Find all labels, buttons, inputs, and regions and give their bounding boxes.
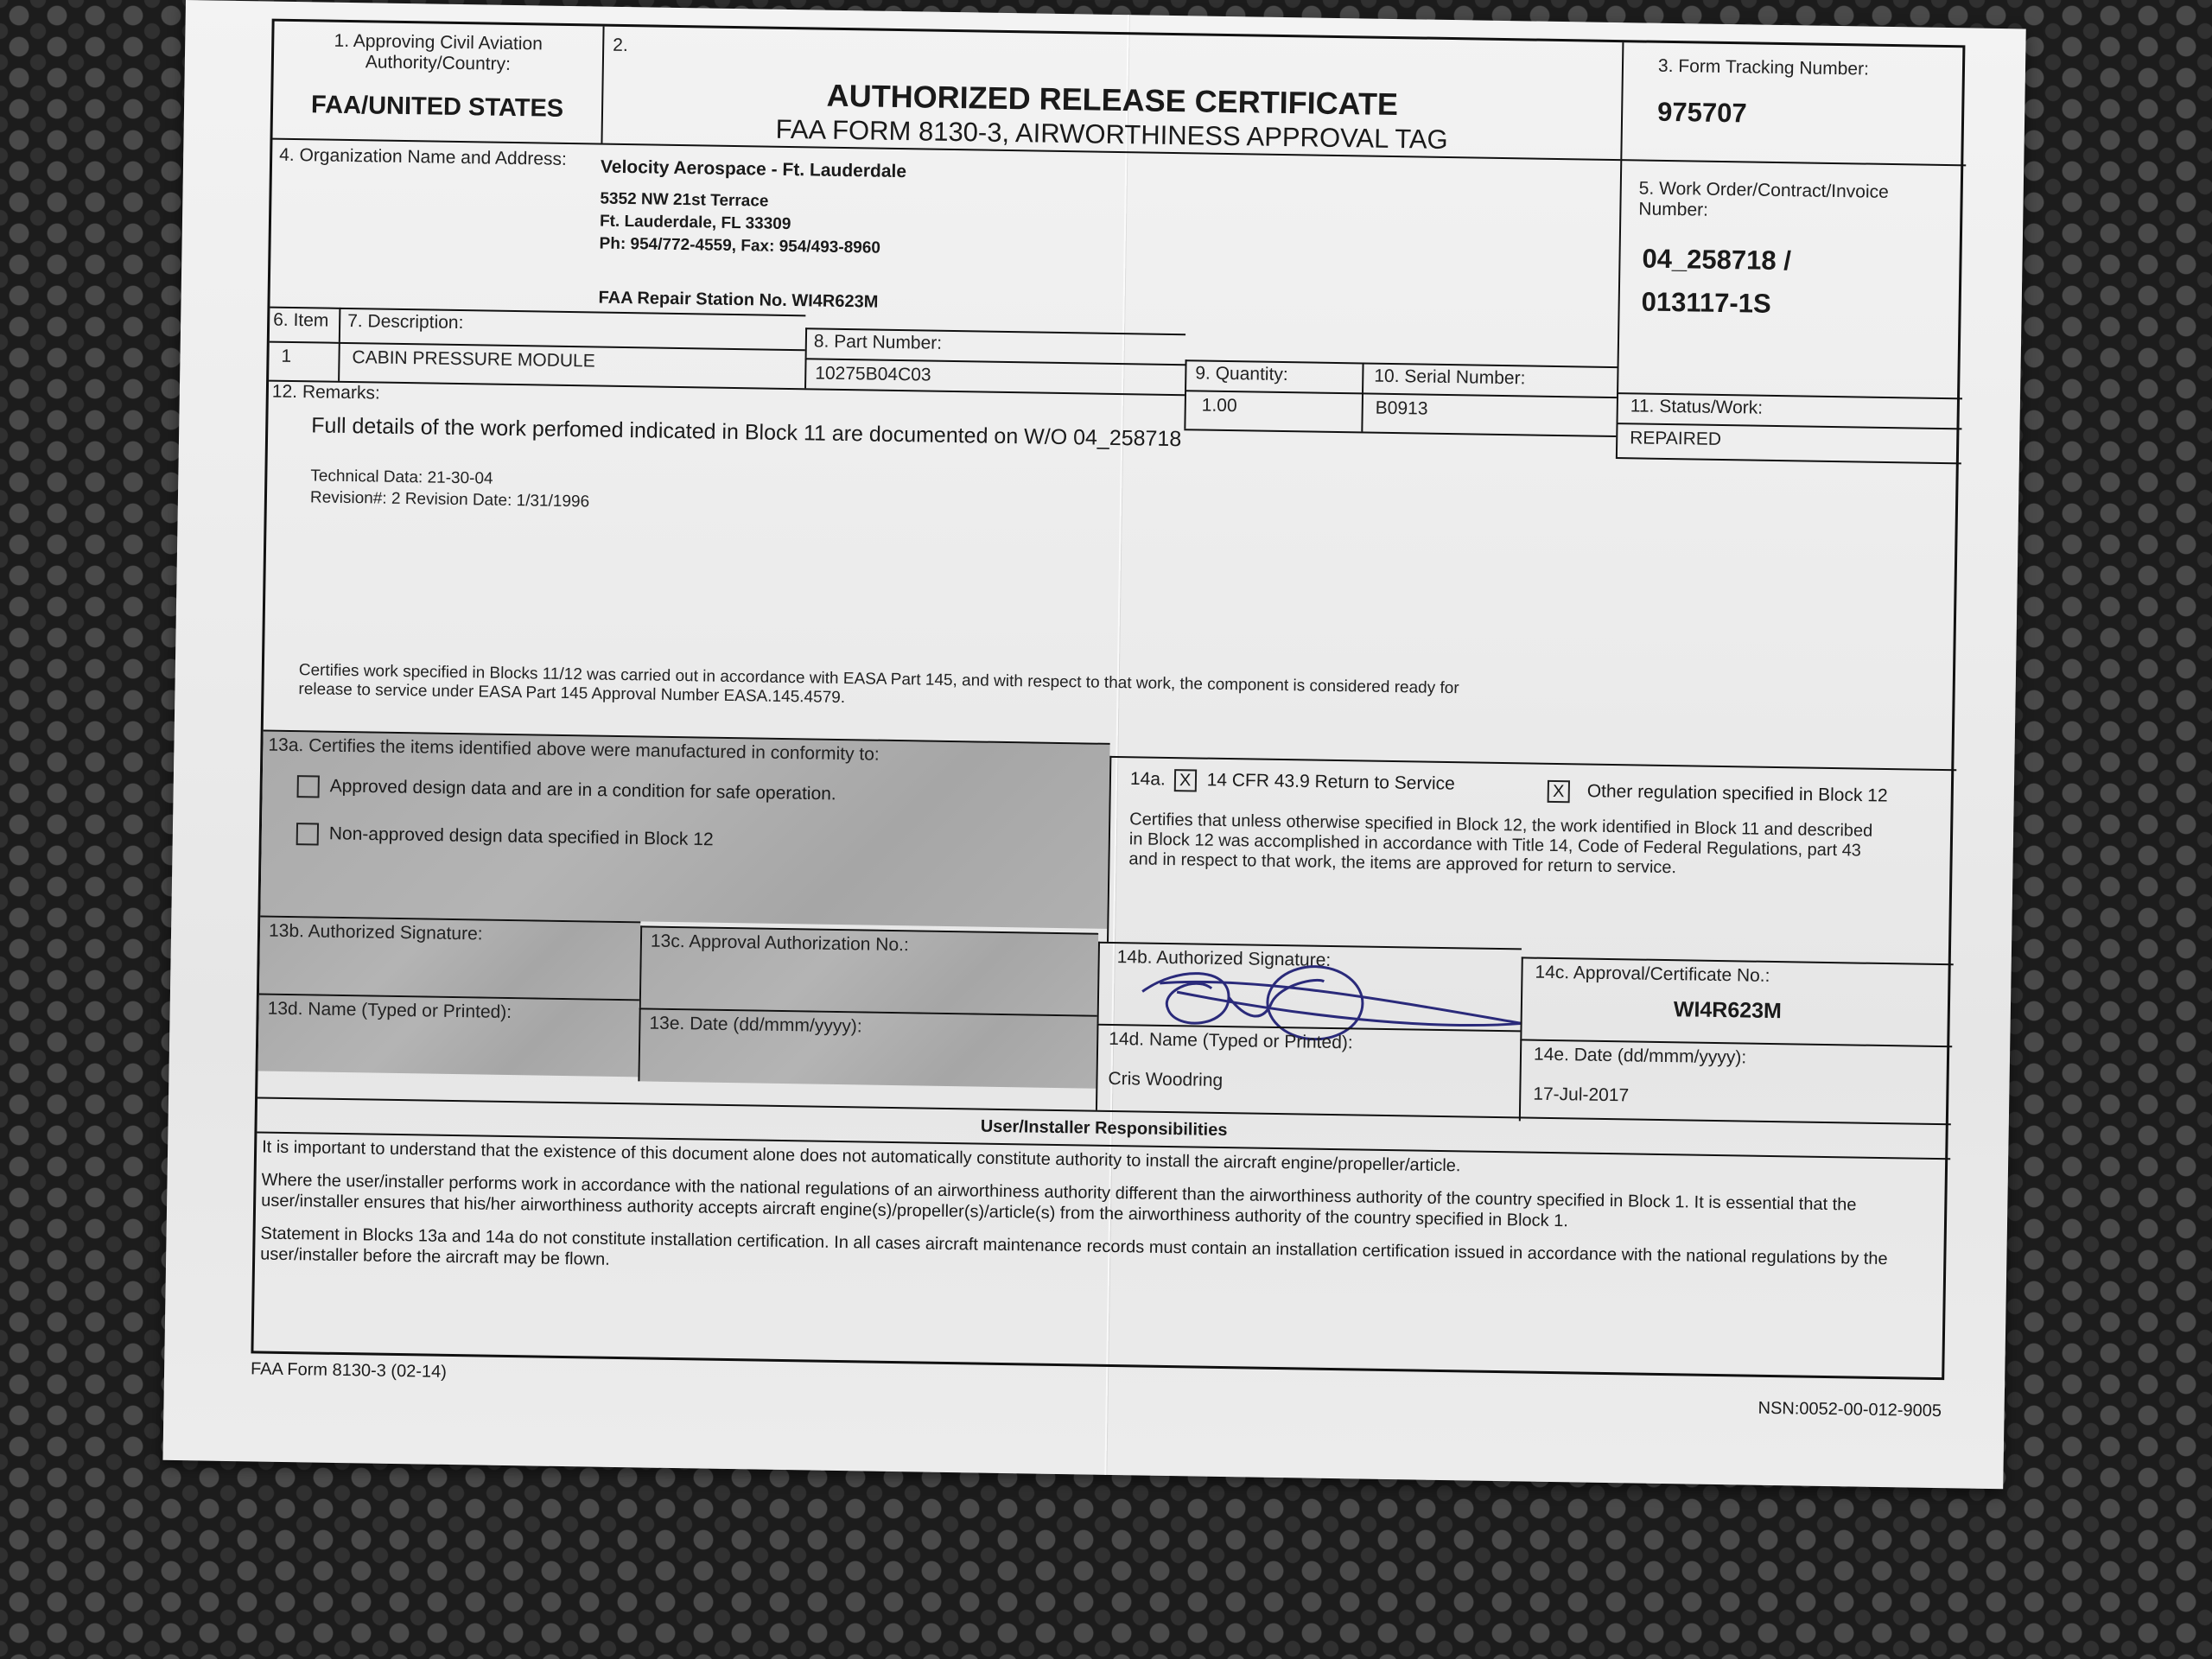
quantity-header: 9. Quantity: <box>1185 359 1363 392</box>
work-order-number: 04_258718 / <box>1642 244 1791 277</box>
organization-name: Velocity Aerospace - Ft. Lauderdale <box>601 157 906 183</box>
block-14c: 14c. Approval/Certificate No.: WI4R623M <box>1520 957 1953 1046</box>
block-2: 2. AUTHORIZED RELEASE CERTIFICATE FAA FO… <box>601 27 1622 160</box>
block-2-label: 2. <box>613 35 628 56</box>
signer-name: Cris Woodring <box>1108 1069 1223 1091</box>
approved-design-data-checkbox[interactable] <box>297 775 320 798</box>
signature-date: 17-Jul-2017 <box>1533 1084 1629 1107</box>
invoice-number: 013117-1S <box>1641 287 1771 320</box>
address-line-2: Ft. Lauderdale, FL 33309 <box>600 213 791 234</box>
14cfr-43-9-checkbox[interactable]: X <box>1173 769 1196 791</box>
option-14cfr-43-9[interactable]: 14a. X14 CFR 43.9 Return to Service <box>1130 768 1455 796</box>
item-cell: 1 <box>269 341 339 381</box>
block-13a-label: 13a. Certifies the items identified abov… <box>268 735 880 766</box>
remarks-line-1: Full details of the work perfomed indica… <box>311 413 1181 452</box>
revision-info: Revision#: 2 Revision Date: 1/31/1996 <box>310 488 590 512</box>
nsn-number: NSN:0052-00-012-9005 <box>1758 1399 1942 1421</box>
block-4-label: 4. Organization Name and Address: <box>279 145 567 170</box>
approval-certificate-number: WI4R623M <box>1674 997 1782 1024</box>
option-non-approved-design-data[interactable]: Non-approved design data specified in Bl… <box>296 823 714 852</box>
form-tracking-number: 975707 <box>1657 97 1747 130</box>
item-header: 6. Item <box>270 307 340 342</box>
form-8130-3: 1. Approving Civil Aviation Authority/Co… <box>251 19 1965 1381</box>
remarks-label: 12. Remarks: <box>272 382 380 404</box>
form-id: FAA Form 8130-3 (02-14) <box>251 1359 447 1382</box>
block-4: 4. Organization Name and Address: Veloci… <box>270 138 1620 327</box>
non-approved-design-data-checkbox[interactable] <box>296 823 319 845</box>
block-3: 3. Form Tracking Number: 975707 <box>1620 42 1967 164</box>
block-5-label: 5. Work Order/Contract/Invoice Number: <box>1638 178 1916 224</box>
phone-fax: Ph: 954/772-4559, Fax: 954/493-8960 <box>599 235 880 258</box>
block-14e: 14e. Date (dd/mmm/yyyy): 17-Jul-2017 <box>1519 1039 1952 1128</box>
block-13e: 13e. Date (dd/mmm/yyyy): <box>638 1007 1096 1088</box>
certificate-paper: 1. Approving Civil Aviation Authority/Co… <box>162 0 2025 1489</box>
block-5: 5. Work Order/Contract/Invoice Number: 0… <box>1617 159 1966 397</box>
block-14b: 14b. Authorized Signature: <box>1097 942 1522 1031</box>
option-approved-design-data[interactable]: Approved design data and are in a condit… <box>297 775 836 806</box>
block-13b: 13b. Authorized Signature: <box>259 915 640 999</box>
block-13c: 13c. Approval Authorization No.: <box>639 925 1098 1014</box>
block-3-label: 3. Form Tracking Number: <box>1658 56 1869 80</box>
return-to-service-statement: Certifies that unless otherwise specifie… <box>1128 810 1890 881</box>
block-12-remarks: 12. Remarks: Full details of the work pe… <box>264 380 1962 757</box>
easa-statement: Certifies work specified in Blocks 11/12… <box>298 661 1465 717</box>
responsibilities-body: It is important to understand that the e… <box>253 1131 1950 1378</box>
block-13d: 13d. Name (Typed or Printed): <box>258 993 639 1077</box>
serial-number-header: 10. Serial Number: <box>1362 362 1618 397</box>
block-1: 1. Approving Civil Aviation Authority/Co… <box>273 22 603 143</box>
block-14d: 14d. Name (Typed or Printed): Cris Woodr… <box>1096 1024 1521 1117</box>
address-line-1: 5352 NW 21st Terrace <box>600 190 768 212</box>
other-regulation-checkbox[interactable]: X <box>1548 780 1570 803</box>
option-other-regulation[interactable]: XOther regulation specified in Block 12 <box>1548 780 1888 808</box>
block-14a: 14a. X14 CFR 43.9 Return to Service XOth… <box>1107 756 1956 955</box>
repair-station-number: FAA Repair Station No. WI4R623M <box>598 289 878 313</box>
block-13a: 13a. Certifies the items identified abov… <box>260 730 1109 929</box>
authority-country: FAA/UNITED STATES <box>273 91 601 124</box>
technical-data: Technical Data: 21-30-04 <box>310 467 493 488</box>
block-1-label: 1. Approving Civil Aviation Authority/Co… <box>326 31 551 76</box>
